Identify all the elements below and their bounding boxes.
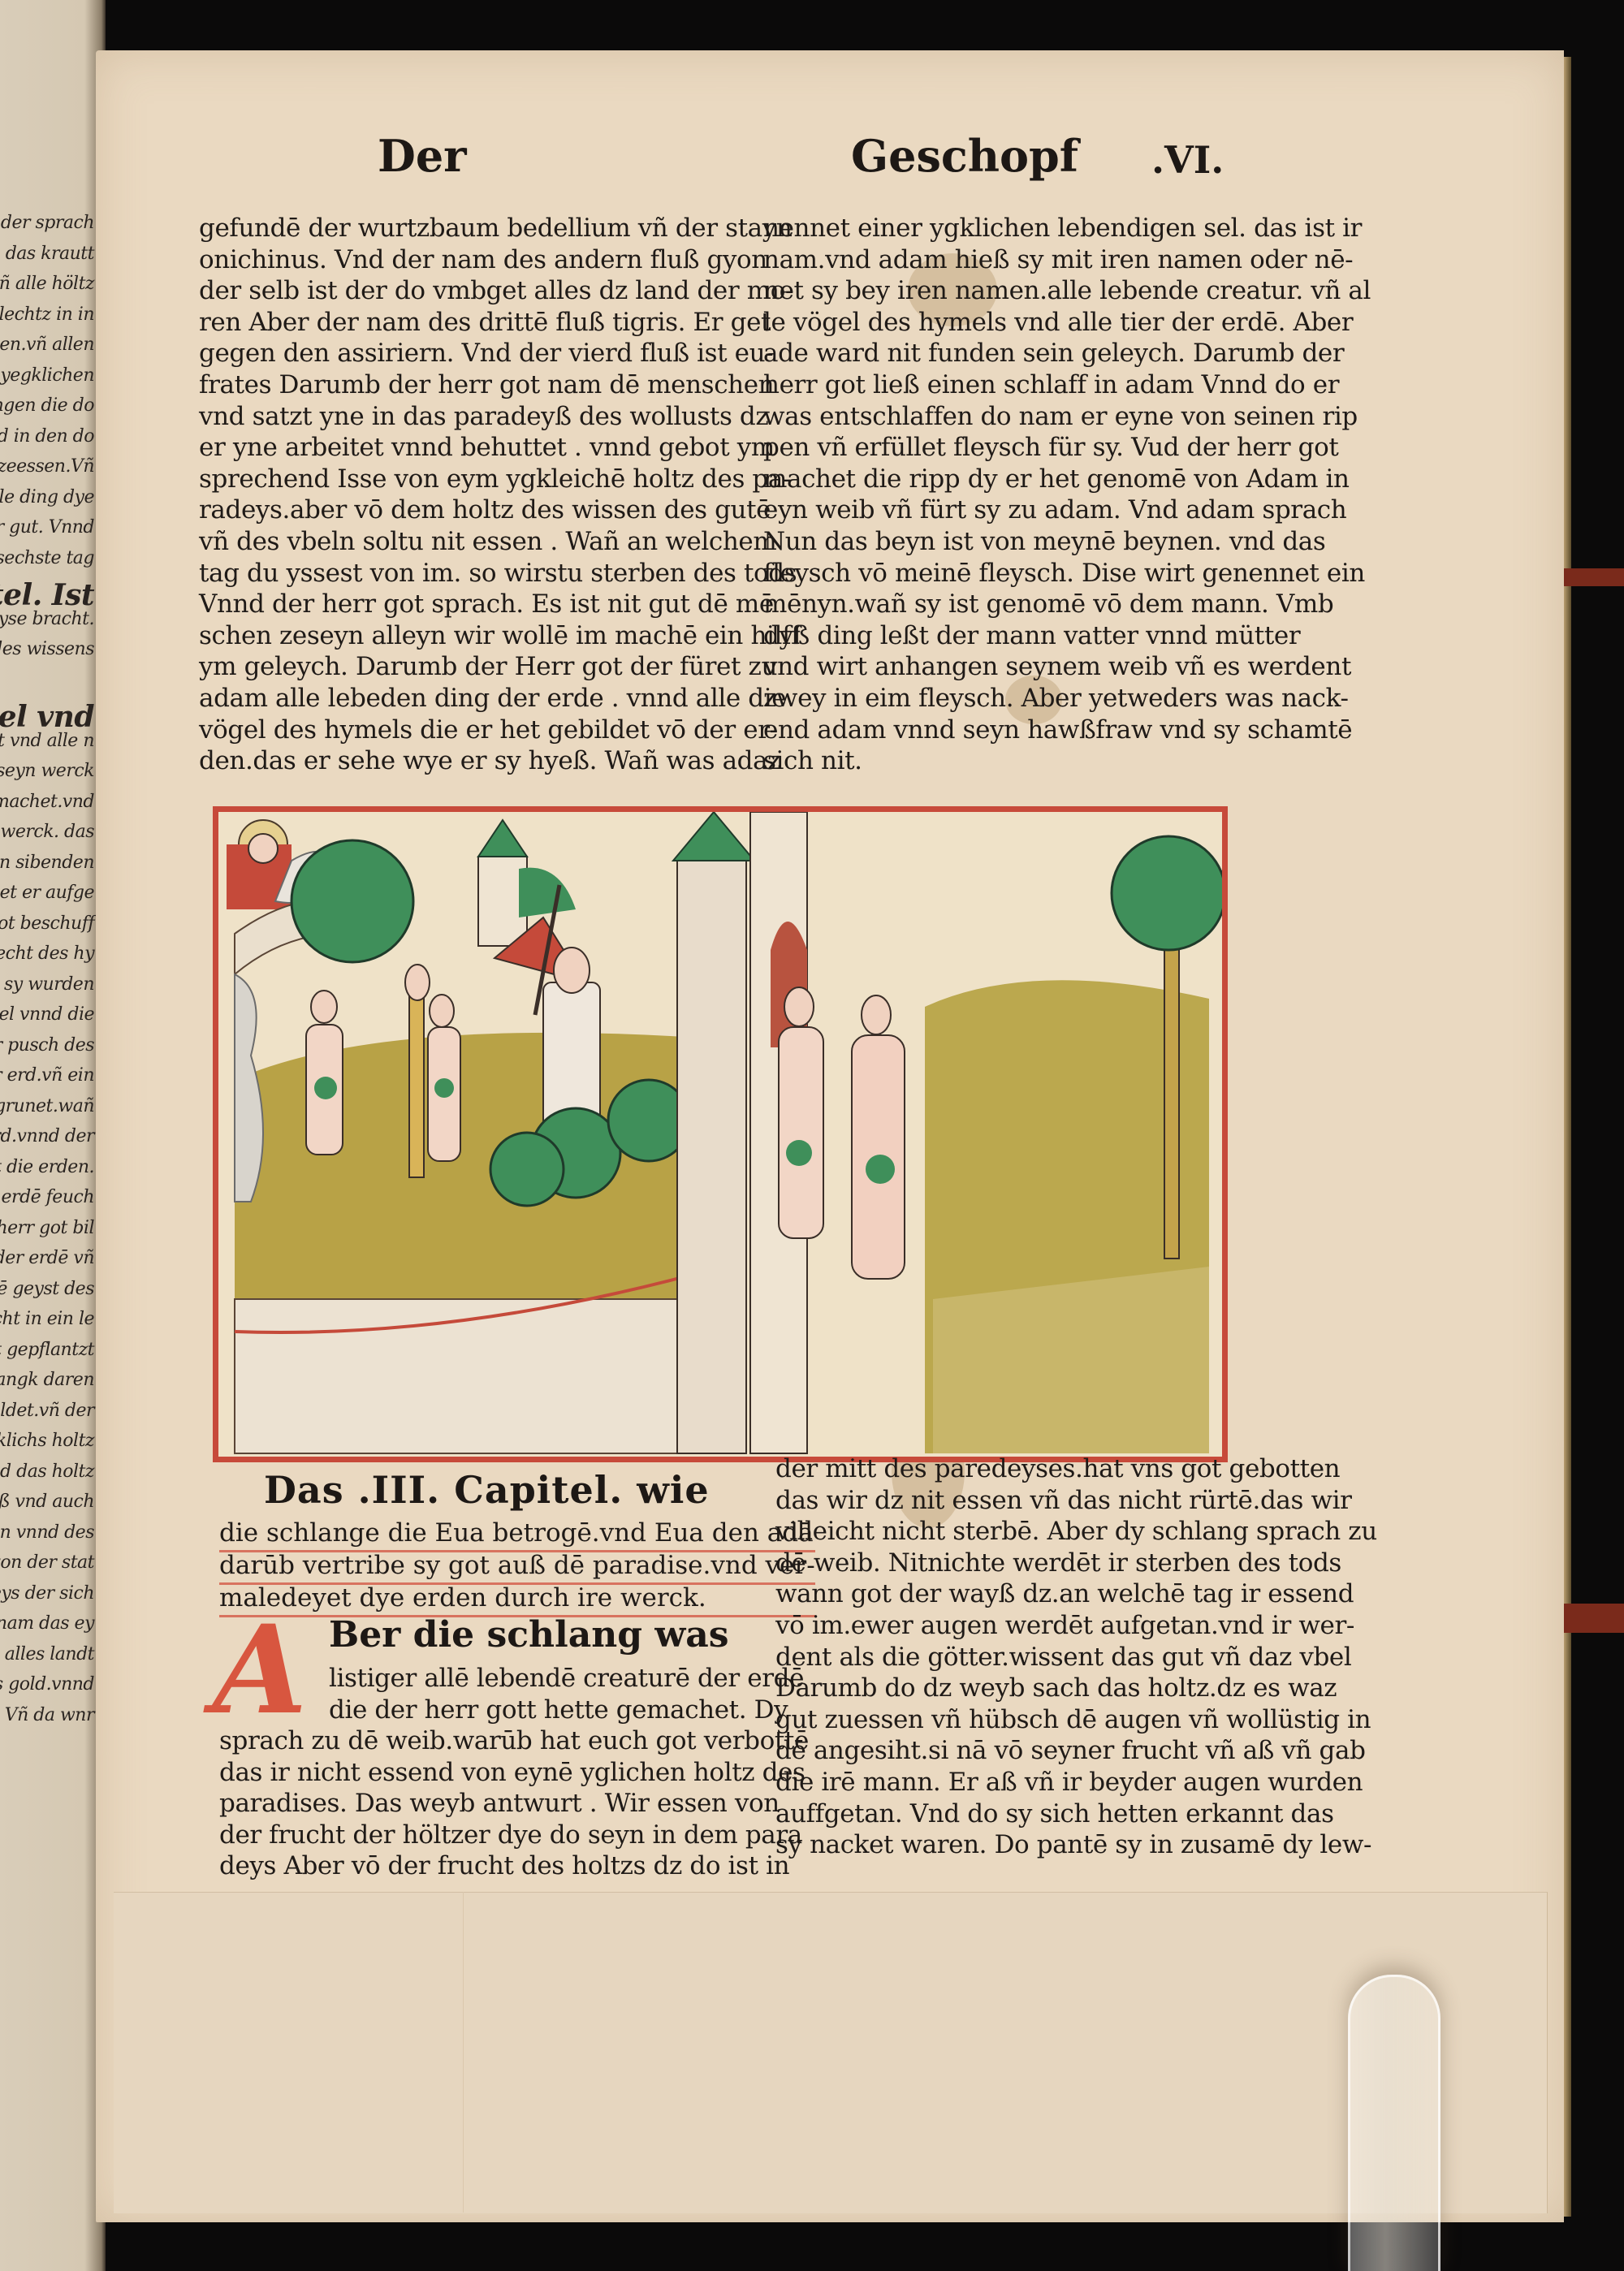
summary-line: maledeyet dye erden durch ire werck. — [219, 1582, 815, 1617]
verso-text-line: es das krautt — [0, 244, 94, 264]
verso-text-line: essen.vñ allen — [0, 335, 94, 355]
text-line: radeys.aber vō dem holtz des wissen des … — [199, 494, 800, 526]
text-line: eyn weib vñ fürt sy zu adam. Vnd adam sp… — [763, 494, 1371, 526]
verso-text-line: beytet die erden. — [0, 1157, 94, 1177]
verso-text-line: ar gut. Vnnd — [0, 517, 94, 538]
verso-text-line: s gutten vnnd des — [0, 1522, 94, 1543]
text-line: end adam vnnd seyn hawßfraw vnd sy scham… — [763, 715, 1371, 746]
verso-text-line: n hymel vnnd die — [0, 1004, 94, 1025]
text-line: ade ward nit funden sein geleych. Darumb… — [763, 338, 1371, 369]
verso-text-line: se alle ding dye — [0, 487, 94, 507]
verso-text-line: n leym der erdē vñ — [0, 1248, 94, 1268]
expulsion-from-paradise-image — [218, 812, 1222, 1457]
text-line: machet die ripp dy er het genomē von Ada… — [763, 464, 1371, 495]
text-line: was entschlaffen do nam er eyne von sein… — [763, 401, 1371, 433]
text-line: villeicht nicht sterbē. Aber dy schlang … — [775, 1516, 1377, 1548]
verso-text-line: ff die erd.vnnd der — [0, 1126, 94, 1146]
text-line: fleysch vō meinē fleysch. Dise wirt gene… — [763, 558, 1371, 589]
verso-text-line: paradeyß vnd auch — [0, 1492, 94, 1512]
verso-text-line: e vñ alle höltz — [0, 274, 94, 294]
text-line: frates Darumb der herr got nam dē mensch… — [199, 369, 800, 401]
verso-page-fragment: got der spraches das krautte vñ alle höl… — [0, 0, 106, 2271]
text-line: adam alle lebeden ding der erde . vnnd a… — [199, 683, 800, 715]
verso-text-line: ymel vnd — [0, 700, 94, 734]
verso-text-line: vō anfangk daren — [0, 1370, 94, 1390]
bookmark-tab — [1563, 1604, 1624, 1633]
verso-text-line: d.gemacht in ein le — [0, 1309, 94, 1329]
text-line: onichinus. Vnd der nam des andern fluß g… — [199, 244, 800, 276]
text-line: der selb ist der do vmbget alles dz land… — [199, 275, 800, 307]
page-holder-clip — [1348, 1975, 1440, 2271]
verso-text-line: het gebildet.vñ der — [0, 1401, 94, 1421]
running-head-center: Geschopf — [851, 130, 1078, 182]
text-line: dyß ding leßt der mann vatter vnnd mütte… — [763, 620, 1371, 652]
text-line: er yne arbeitet vnnd behuttet . vnnd geb… — [199, 432, 800, 464]
verso-text-line: as pest. Vñ da wnr — [0, 1705, 94, 1725]
text-line: Darumb do dz weyb sach das holtz.dz es w… — [775, 1673, 1377, 1704]
verso-text-line: in het er aufge — [0, 883, 94, 903]
verso-text-line: cht des wissens — [0, 639, 94, 659]
text-line: zwey in eim fleysch. Aber yetweders was … — [763, 683, 1371, 715]
verso-text-line: Der nam das ey — [0, 1613, 94, 1634]
text-line: gut zuessen vñ hübsch dē augen vñ wollüs… — [775, 1704, 1377, 1736]
text-line: tag du yssest von im. so wirstu sterben … — [199, 558, 800, 589]
text-line: mēnyn.wañ sy ist genomē vō dem mann. Vmb — [763, 589, 1371, 620]
text-line: den.das er sehe wye er sy hyeß. Wañ was … — [199, 745, 800, 777]
verso-text-line: dz es grunet.wañ — [0, 1096, 94, 1116]
text-line: sy nacket waren. Do pantē sy in zusamē d… — [775, 1829, 1377, 1861]
text-line: der frucht der höltzer dye do seyn in de… — [219, 1820, 809, 1851]
text-line: die der herr gott hette gemachet. Dy — [329, 1695, 804, 1726]
verso-text-line: n vnd in den do — [0, 426, 94, 447]
verso-text-line: allem werck. das — [0, 822, 94, 842]
text-line: nennet einer ygklichen lebendigen sel. d… — [763, 213, 1371, 244]
verso-text-line: das got beschuff — [0, 913, 94, 934]
text-line: nam.vnd adam hieß sy mit iren namen oder… — [763, 244, 1371, 276]
verso-text-line: s paradeys der sich — [0, 1583, 94, 1604]
text-line: dē angesiht.si nā vō seyner frucht vñ aß… — [775, 1735, 1377, 1767]
verso-text-line: age.do sy wurden — [0, 974, 94, 995]
verso-text-line: ig auß von der stat — [0, 1552, 94, 1573]
woodcut-illustration — [213, 806, 1228, 1462]
verso-text-line: n der sechste tag — [0, 548, 94, 568]
text-line: wann got der wayß dz.an welchē tag ir es… — [775, 1578, 1377, 1610]
verso-text-line: on der erdē feuch — [0, 1187, 94, 1207]
verso-text-line: vmbget alles landt — [0, 1644, 94, 1664]
text-line: ym geleych. Darumb der Herr got der füre… — [199, 651, 800, 683]
verso-text-line: t.oder pusch des — [0, 1035, 94, 1056]
text-line: dē weib. Nitnichte werdēt ir sterben des… — [775, 1548, 1377, 1579]
column-right-bottom: der mitt des paredeyses.hat vns got gebo… — [775, 1453, 1377, 1861]
text-line: herr got ließ einen schlaff in adam Vnnd… — [763, 369, 1371, 401]
chapter-heading: Das .III. Capitel. wie — [264, 1468, 710, 1512]
text-line: vñ des vbeln soltu nit essen . Wañ an we… — [199, 526, 800, 558]
column-right-top: nennet einer ygklichen lebendigen sel. d… — [763, 213, 1371, 777]
text-line: schen zeseyn alleyn wir wollē im machē e… — [199, 620, 800, 652]
summary-line: die schlange die Eua betrogē.vnd Eua den… — [219, 1517, 815, 1552]
verso-text-line: bracht vnd alle n — [0, 731, 94, 751]
verso-text-line: got het gepflantzt — [0, 1340, 94, 1360]
verso-text-line: orn das gold.vnnd — [0, 1674, 94, 1695]
verso-text-line: ent den sibenden — [0, 853, 94, 873]
text-line: Nun das beyn ist von meynē beynen. vnd d… — [763, 526, 1371, 558]
running-head-left: Der — [378, 130, 467, 182]
verso-text-line: got der sprach — [0, 213, 94, 233]
text-line: sich nit. — [763, 745, 1371, 777]
text-line: der mitt des paredeyses.hat vns got gebo… — [775, 1453, 1377, 1485]
slip-fold-line — [463, 1892, 464, 2213]
column-left-top: gefundē der wurtzbaum bedellium vñ der s… — [199, 213, 800, 777]
text-line: das wir dz nit essen vñ das nicht rürtē.… — [775, 1485, 1377, 1517]
text-line: net sy bey iren namen.alle lebende creat… — [763, 275, 1371, 307]
bookmark-tab — [1563, 568, 1624, 586]
verso-text-line: aradeyse bracht. — [0, 609, 94, 629]
text-line: listiger allē lebendē creaturē der erdē — [329, 1663, 804, 1695]
text-line: vō im.ewer augen werdēt aufgetan.vnd ir … — [775, 1610, 1377, 1642]
verso-text-line: schlechtz in in — [0, 304, 94, 325]
column-left-bottom-indented: listiger allē lebendē creaturē der erdēd… — [329, 1663, 804, 1725]
verso-text-line: pracht seyn werck — [0, 761, 94, 781]
text-line: deys Aber vō der frucht des holtzs dz do… — [219, 1850, 809, 1882]
verso-text-line: et gemachet.vnd — [0, 792, 94, 812]
pasted-paper-slip — [114, 1892, 1548, 2213]
verso-text-line: ntlütz dē geyst des — [0, 1279, 94, 1299]
text-line: le vögel des hymels vnd alle tier der er… — [763, 307, 1371, 339]
column-left-bottom: sprach zu dē weib.warūb hat euch got ver… — [219, 1725, 809, 1882]
text-line: das ir nicht essend von eynē yglichen ho… — [219, 1757, 809, 1789]
text-line: sprach zu dē weib.warūb hat euch got ver… — [219, 1725, 809, 1757]
folio-number: .VI. — [1151, 138, 1224, 182]
verso-text-line: ß der herr got bil — [0, 1218, 94, 1238]
text-line: vögel des hymels die er het gebildet vō … — [199, 715, 800, 746]
text-line: ren Aber der nam des drittē fluß tigris.… — [199, 307, 800, 339]
chapter-summary: die schlange die Eua betrogē.vnd Eua den… — [219, 1517, 815, 1614]
verso-text-line: dingen die do — [0, 395, 94, 416]
text-line: sprechend Isse von eym ygkleichē holtz d… — [199, 464, 800, 495]
text-line: die irē mann. Er aß vñ ir beyder augen w… — [775, 1767, 1377, 1798]
verso-text-line: bē zeessen.Vñ — [0, 456, 94, 477]
verso-text-line: sen.vnnd das holtz — [0, 1461, 94, 1482]
verso-text-line: pitel. Ist — [0, 578, 94, 612]
text-line: dent als die götter.wissent das gut vñ d… — [775, 1642, 1377, 1673]
text-line: vnd wirt anhangen seynem weib vñ es werd… — [763, 651, 1371, 683]
verso-text-line: ein yegklichs holtz — [0, 1431, 94, 1451]
verso-text-line: auff der erd.vñ ein — [0, 1065, 94, 1086]
summary-line: darūb vertribe sy got auß dē paradise.vn… — [219, 1549, 815, 1585]
text-line: auffgetan. Vnd do sy sich hetten erkannt… — [775, 1798, 1377, 1830]
verso-text-line: eym yegklichen — [0, 365, 94, 386]
text-line: gegen den assiriern. Vnd der vierd fluß … — [199, 338, 800, 369]
text-line: gefundē der wurtzbaum bedellium vñ der s… — [199, 213, 800, 244]
text-line: paradises. Das weyb antwurt . Wir essen … — [219, 1788, 809, 1820]
text-line: pen vñ erfüllet fleysch für sy. Vud der … — [763, 432, 1371, 464]
rubricated-initial: A — [213, 1609, 307, 1731]
verso-text-line: eschlecht des hy — [0, 943, 94, 964]
text-line: Vnnd der herr got sprach. Es ist nit gut… — [199, 589, 800, 620]
text-line: vnd satzt yne in das paradeyß des wollus… — [199, 401, 800, 433]
chapter-incipit: Ber die schlang was — [329, 1614, 729, 1656]
